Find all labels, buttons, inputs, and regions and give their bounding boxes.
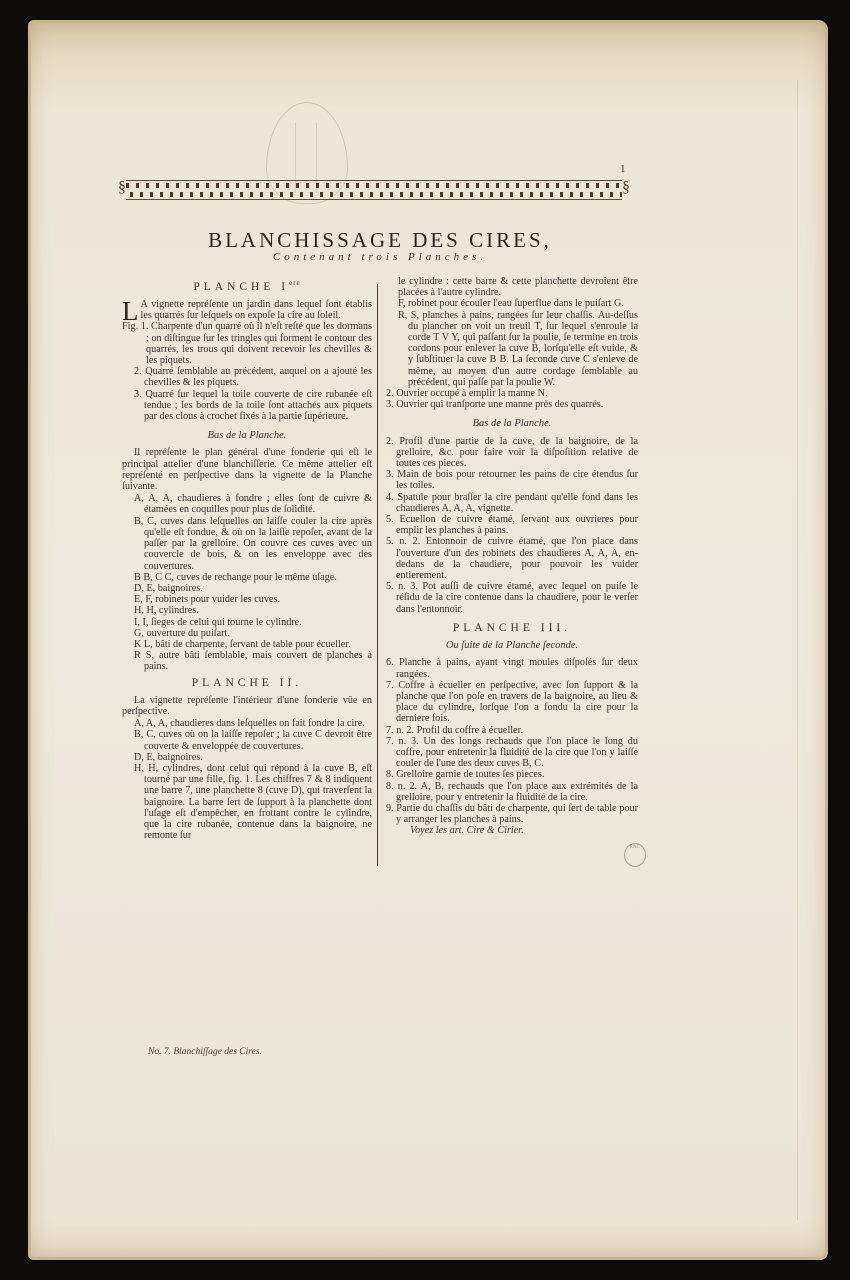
- drop-cap: L: [122, 300, 139, 322]
- planche-1-heading: PLANCHE Iere: [122, 278, 372, 293]
- page-subtitle: Contenant trois Planches.: [120, 251, 640, 263]
- list-item: H, H, cylindres.: [122, 605, 372, 616]
- list-item: I, I, ſieges de celui qui tourne le cyli…: [122, 617, 372, 628]
- bas-de-la-planche-heading: Bas de la Planche.: [386, 418, 638, 429]
- list-item: 6. Planche à pains, ayant vingt moules d…: [386, 657, 638, 679]
- page-title: BLANCHISSAGE DES CIRES,: [120, 228, 640, 253]
- list-item: 2. Ouvrier occupé à emplir la manne N.: [386, 388, 638, 399]
- column-divider: [377, 284, 378, 866]
- list-item: H, H, cylindres, dont celui qui répond à…: [122, 763, 372, 841]
- page-number: 1: [620, 163, 626, 175]
- continuation-text: le cylindre : cette barre & cette planch…: [386, 276, 638, 298]
- list-item: 5. Ecuellon de cuivre étamé, ſervant aux…: [386, 514, 638, 536]
- list-item: E, F, robinets pour vuider les cuves.: [122, 594, 372, 605]
- list-item: 5. n. 3. Pot auſſi de cuivre étamé, avec…: [386, 581, 638, 615]
- library-stamp: ENC: [624, 843, 646, 867]
- bas-intro: Il repréſente le plan général d'une fond…: [122, 447, 372, 492]
- planche-2-heading: PLANCHE II.: [122, 678, 372, 689]
- list-item: 8. n. 2. A, B, rechauds que l'on place a…: [386, 781, 638, 803]
- list-item: B, C, cuves où on la laiſſe repoſer ; la…: [122, 729, 372, 751]
- list-item: 9. Partie du chaſſis du bâti de charpent…: [386, 803, 638, 825]
- list-item: B B, C C, cuves de rechange pour le même…: [122, 572, 372, 583]
- list-item: Fig. 1. Charpente d'un quarré où il n'eſ…: [122, 321, 372, 366]
- see-also-reference: Voyez les art. Cire & Cirier.: [386, 825, 638, 836]
- list-item: D, E, baignoires.: [122, 583, 372, 594]
- list-item: 7. n. 2. Profil du coffre à écueller.: [386, 725, 638, 736]
- list-item: 3. Quarré ſur lequel la toile couverte d…: [122, 389, 372, 423]
- list-item: 2. Quarré ſemblable au précédent, auquel…: [122, 366, 372, 388]
- list-item: 3. Main de bois pour retourner les pains…: [386, 469, 638, 491]
- planche-1-intro: LA vignette repréſente un jardin dans le…: [122, 299, 372, 321]
- footer-note: No. 7. Blanchiſſage des Cires.: [148, 1047, 262, 1057]
- list-item: 4. Spatule pour braſſer la cire pendant …: [386, 492, 638, 514]
- list-item: 8. Grelloire garnie de toutes ſes pieces…: [386, 769, 638, 780]
- list-item: B, C, cuves dans leſquelles on laiſſe co…: [122, 516, 372, 572]
- planche-2-intro: La vignette repréſente l'intérieur d'une…: [122, 695, 372, 717]
- list-item: 5. n. 2. Entonnoir de cuivre étamé, que …: [386, 536, 638, 581]
- list-item: 3. Ouvrier qui tranſporte une manne près…: [386, 399, 638, 410]
- left-column: PLANCHE Iere LA vignette repréſente un j…: [122, 276, 372, 841]
- intro-text: A vignette repréſente un jardin dans leq…: [141, 299, 373, 321]
- right-column: le cylindre : cette barre & cette planch…: [386, 276, 638, 837]
- list-item: 7. Coffre à écueller en perſpective, ave…: [386, 680, 638, 725]
- list-item: 2. Profil d'une partie de la cuve, de la…: [386, 436, 638, 470]
- list-item: R, S, planches à pains, rangées ſur leur…: [386, 310, 638, 388]
- heading-superscript: ere: [289, 279, 301, 287]
- planche-3-heading: PLANCHE III.: [386, 623, 638, 634]
- list-item: D, E, baignoires.: [122, 752, 372, 763]
- bas-de-la-planche-heading: Bas de la Planche.: [122, 430, 372, 441]
- planche-3-subheading: Ou ſuite de la Planche ſeconde.: [386, 640, 638, 651]
- list-item: A, A, A, chaudieres à fondre ; elles ſon…: [122, 493, 372, 515]
- list-item: R S, autre bâti ſemblable, mais couvert …: [122, 650, 372, 672]
- decorative-header-border: [126, 180, 622, 200]
- list-item: K L, bâti de charpente, ſervant de table…: [122, 639, 372, 650]
- heading-text: PLANCHE I: [193, 281, 289, 293]
- list-item: F, robinet pour écouler l'eau ſuperflue …: [386, 298, 638, 309]
- list-item: G, ouverture du puiſart.: [122, 628, 372, 639]
- list-item: A, A, A, chaudieres dans leſquelles on f…: [122, 718, 372, 729]
- list-item: 7. n. 3. Un des longs rechauds que l'on …: [386, 736, 638, 770]
